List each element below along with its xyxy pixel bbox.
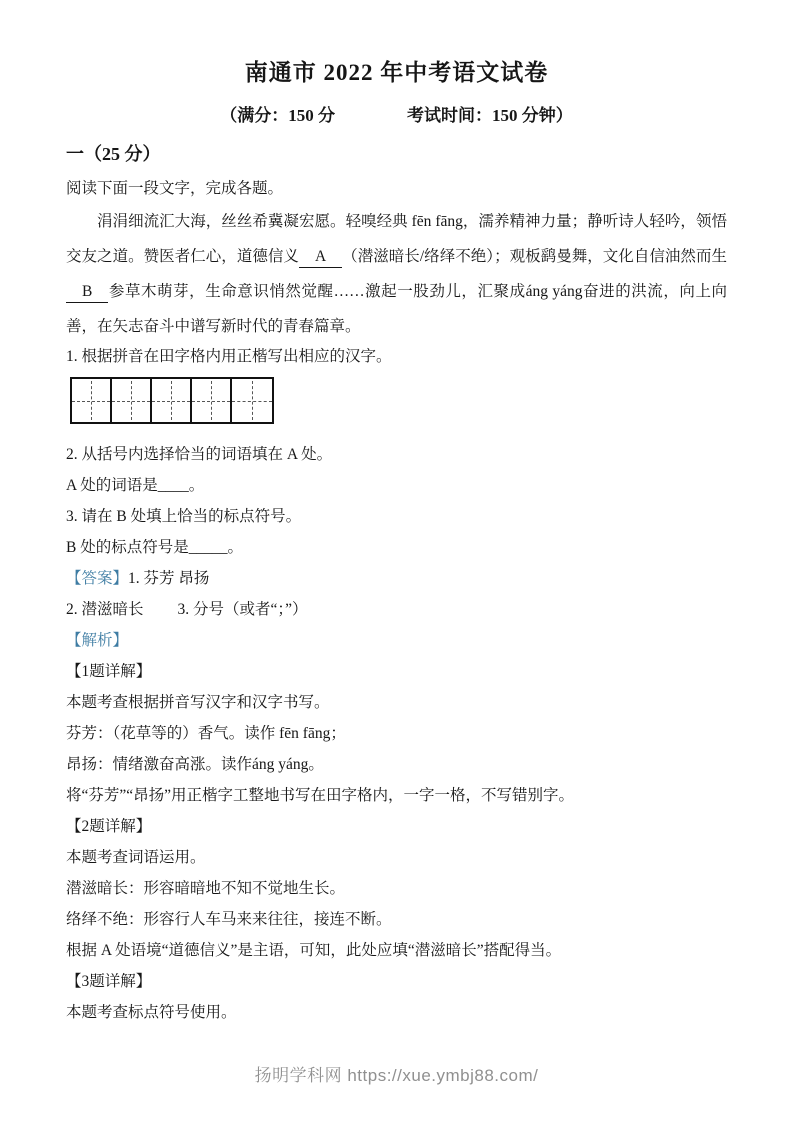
question-3: 3. 请在 B 处填上恰当的标点符号。	[66, 506, 727, 528]
passage-part-3: 参草木萌芽，生命意识悄然觉醒……激起一股劲儿，汇聚成áng yáng奋进的洪流，…	[66, 283, 727, 335]
detail-1-heading: 【1题详解】	[66, 661, 727, 683]
passage-text: 涓涓细流汇大海，丝丝希冀凝宏愿。轻嗅经典 fēn fāng，濡养精神力量；静听诗…	[66, 204, 727, 344]
answer-item-1: 1. 芬芳 昂扬	[128, 570, 209, 587]
exam-meta: （满分：150 分考试时间：150 分钟）	[66, 104, 727, 128]
tianzige-cell	[232, 379, 272, 422]
tianzige-grid	[70, 377, 274, 424]
detail-3-line: 本题考查标点符号使用。	[66, 1002, 727, 1024]
section-heading: 一（25 分）	[66, 142, 727, 166]
detail-1-line: 芬芳：（花草等的）香气。读作 fēn fāng；	[66, 723, 727, 745]
question-1: 1. 根据拼音在田字格内用正楷写出相应的汉字。	[66, 346, 727, 368]
blank-b: B	[66, 282, 108, 303]
analysis-label: 【解析】	[66, 630, 727, 652]
answer-row-1: 【答案】1. 芬芳 昂扬	[66, 568, 727, 590]
exam-meta-duration: 考试时间：150 分钟）	[407, 106, 573, 125]
detail-2-line: 络绎不绝：形容行人车马来来往往，接连不断。	[66, 909, 727, 931]
detail-1-line: 本题考查根据拼音写汉字和汉字书写。	[66, 692, 727, 714]
detail-2-line: 根据 A 处语境“道德信义”是主语，可知，此处应填“潜滋暗长”搭配得当。	[66, 940, 727, 962]
detail-1-line: 将“芬芳”“昂扬”用正楷字工整地书写在田字格内，一字一格，不写错别字。	[66, 785, 727, 807]
exam-meta-score: （满分：150 分	[220, 106, 335, 125]
footer-site-text: 扬明学科网 https://xue.ymbj88.com/	[255, 1066, 539, 1085]
answer-item-3: 3. 分号（或者“；”）	[178, 601, 308, 618]
page-title: 南通市 2022 年中考语文试卷	[66, 58, 727, 88]
answer-line-b: B 处的标点符号是_____。	[66, 537, 727, 559]
exam-document-page: 南通市 2022 年中考语文试卷 （满分：150 分考试时间：150 分钟） 一…	[0, 0, 793, 1122]
question-2: 2. 从括号内选择恰当的词语填在 A 处。	[66, 444, 727, 466]
tianzige-cell	[72, 379, 112, 422]
detail-1-line: 昂扬：情绪激奋高涨。读作áng yáng。	[66, 754, 727, 776]
detail-2-line: 潜滋暗长：形容暗暗地不知不觉地生长。	[66, 878, 727, 900]
tianzige-cell	[152, 379, 192, 422]
intro-text: 阅读下面一段文字，完成各题。	[66, 178, 727, 200]
detail-3-heading: 【3题详解】	[66, 971, 727, 993]
blank-a: A	[299, 247, 342, 268]
tianzige-cell	[192, 379, 232, 422]
detail-2-line: 本题考查词语运用。	[66, 847, 727, 869]
answer-line-a: A 处的词语是____。	[66, 475, 727, 497]
detail-2-heading: 【2题详解】	[66, 816, 727, 838]
answer-label: 【答案】	[66, 570, 128, 587]
footer-watermark: 扬明学科网 https://xue.ymbj88.com/	[0, 1061, 793, 1086]
passage-part-2: （潜滋暗长/络绎不绝）；观板鹞曼舞，文化自信油然而生	[342, 248, 727, 265]
tianzige-cell	[112, 379, 152, 422]
answer-row-2: 2. 潜滋暗长3. 分号（或者“；”）	[66, 599, 727, 621]
answer-item-2: 2. 潜滋暗长	[66, 601, 144, 618]
